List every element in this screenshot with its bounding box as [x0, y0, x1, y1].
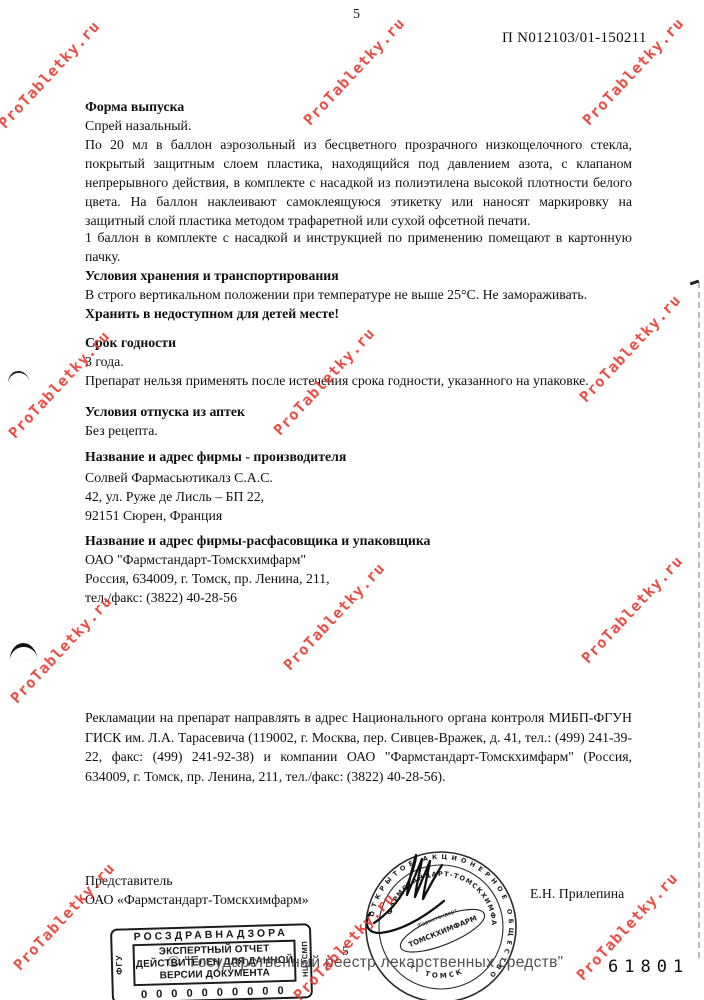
body-line: В строго вертикальном положении при темп…: [85, 285, 587, 304]
body-line: Без рецепта.: [85, 421, 158, 440]
document-page: 5 П N012103/01-150211 ProTabletky.ru Pro…: [0, 0, 704, 1000]
body-line: Солвей Фармасьютикалз С.А.С.: [85, 468, 273, 487]
signatory-name: Е.Н. Прилепина: [530, 884, 624, 903]
registration-number: П N012103/01-150211: [502, 29, 647, 48]
body-line: 92151 Сюрен, Франция: [85, 506, 222, 525]
watermark: ProTabletky.ru: [578, 552, 687, 667]
section-heading-packer: Название и адрес фирмы-расфасовщика и уп…: [85, 531, 430, 550]
section-heading-manufacturer: Название и адрес фирмы - производителя: [85, 447, 346, 466]
stamp-zeros-row: 0 0 0 0 0 0 0 0 0 0: [114, 984, 311, 1000]
section-heading-storage: Условия хранения и транспортирования: [85, 266, 339, 285]
body-line: ОАО "Фармстандарт-Томскхимфарм": [85, 550, 306, 569]
stamp-left-vertical-label: ФГУ: [113, 934, 125, 994]
registry-note: © "Государственный реестр лекарственных …: [168, 953, 563, 972]
body-line: Хранить в недоступном для детей месте!: [85, 304, 339, 323]
representative-company: ОАО «Фармстандарт-Томскхимфарм»: [85, 890, 309, 909]
body-line: Спрей назальный.: [85, 116, 191, 135]
body-line: Россия, 634009, г. Томск, пр. Ленина, 21…: [85, 569, 330, 588]
company-round-stamp: ОТКРЫТОЕ АКЦИОНЕРНОЕ ОБЩЕСТВО ФАРМСТАНДА…: [356, 843, 528, 1000]
complaints-paragraph: Рекламации на препарат направлять в адре…: [85, 708, 632, 786]
stamp-center-group: Фармстандарт ТОМСКХИМФАРМ: [395, 899, 490, 961]
serial-number: 61801: [608, 958, 689, 977]
watermark: ProTabletky.ru: [576, 291, 685, 406]
scan-artifact-curve: [8, 642, 37, 662]
scan-artifact-edge-dashes: [698, 282, 700, 958]
section-heading-dispensing: Условия отпуска из аптек: [85, 402, 245, 421]
scan-artifact-curve: [6, 370, 30, 386]
section-heading-form: Форма выпуска: [85, 97, 184, 116]
body-paragraph: По 20 мл в баллон аэрозольный из бесцвет…: [85, 135, 632, 230]
page-number-top: 5: [353, 5, 360, 24]
body-paragraph: 1 баллон в комплекте с насадкой и инстру…: [85, 228, 632, 266]
body-line: 42, ул. Руже де Лисль – БП 22,: [85, 487, 264, 506]
watermark: ProTabletky.ru: [10, 859, 119, 974]
watermark: ProTabletky.ru: [300, 14, 409, 129]
